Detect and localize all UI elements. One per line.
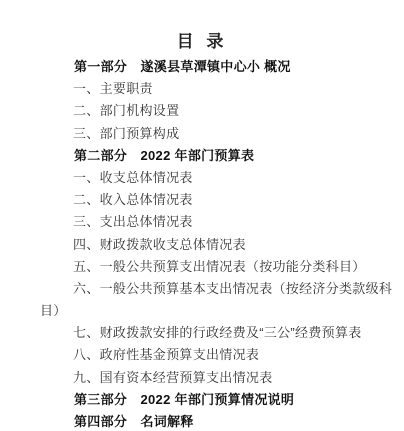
toc-item-fiscal-allocation-overview-table: 四、财政拨款收支总体情况表 (40, 234, 389, 256)
toc-item-org-structure: 二、部门机构设置 (40, 100, 389, 122)
toc-item-expenditure-overview-table: 三、支出总体情况表 (40, 211, 389, 233)
toc-title: 目 录 (15, 33, 389, 50)
toc-item-revenue-expenditure-overview-table: 一、收支总体情况表 (40, 167, 389, 189)
toc-item-revenue-overview-table: 二、收入总体情况表 (40, 189, 389, 211)
toc-list: 第一部分 遂溪县草潭镇中心小 概况 一、主要职责 二、部门机构设置 三、部门预算… (40, 56, 389, 431)
toc-item-gov-fund-budget-expenditure: 八、政府性基金预算支出情况表 (40, 344, 389, 366)
document-page: 目 录 第一部分 遂溪县草潭镇中心小 概况 一、主要职责 二、部门机构设置 三、… (0, 0, 404, 431)
toc-heading-part2-budget-tables: 第二部分 2022 年部门预算表 (40, 145, 389, 167)
toc-item-budget-composition: 三、部门预算构成 (40, 123, 389, 145)
toc-item-main-duties: 一、主要职责 (40, 78, 389, 100)
toc-item-admin-sangong-expense-budget: 七、财政拨款安排的行政经费及“三公”经费预算表 (40, 322, 389, 344)
toc-item-public-budget-basic-expenditure: 六、一般公共预算基本支出情况表（按经济分类款级科 (40, 278, 389, 300)
toc-heading-part1-overview: 第一部分 遂溪县草潭镇中心小 概况 (40, 56, 389, 78)
toc-heading-part3-budget-notes: 第三部分 2022 年部门预算情况说明 (40, 389, 389, 411)
toc-item-state-capital-budget-expenditure: 九、国有资本经营预算支出情况表 (40, 367, 389, 389)
toc-heading-part4-glossary: 第四部分 名词解释 (40, 411, 389, 431)
toc-item-public-budget-expenditure-functional: 五、一般公共预算支出情况表（按功能分类科目） (40, 256, 389, 278)
toc-item-basic-expenditure-wrap: 目） (40, 300, 389, 322)
